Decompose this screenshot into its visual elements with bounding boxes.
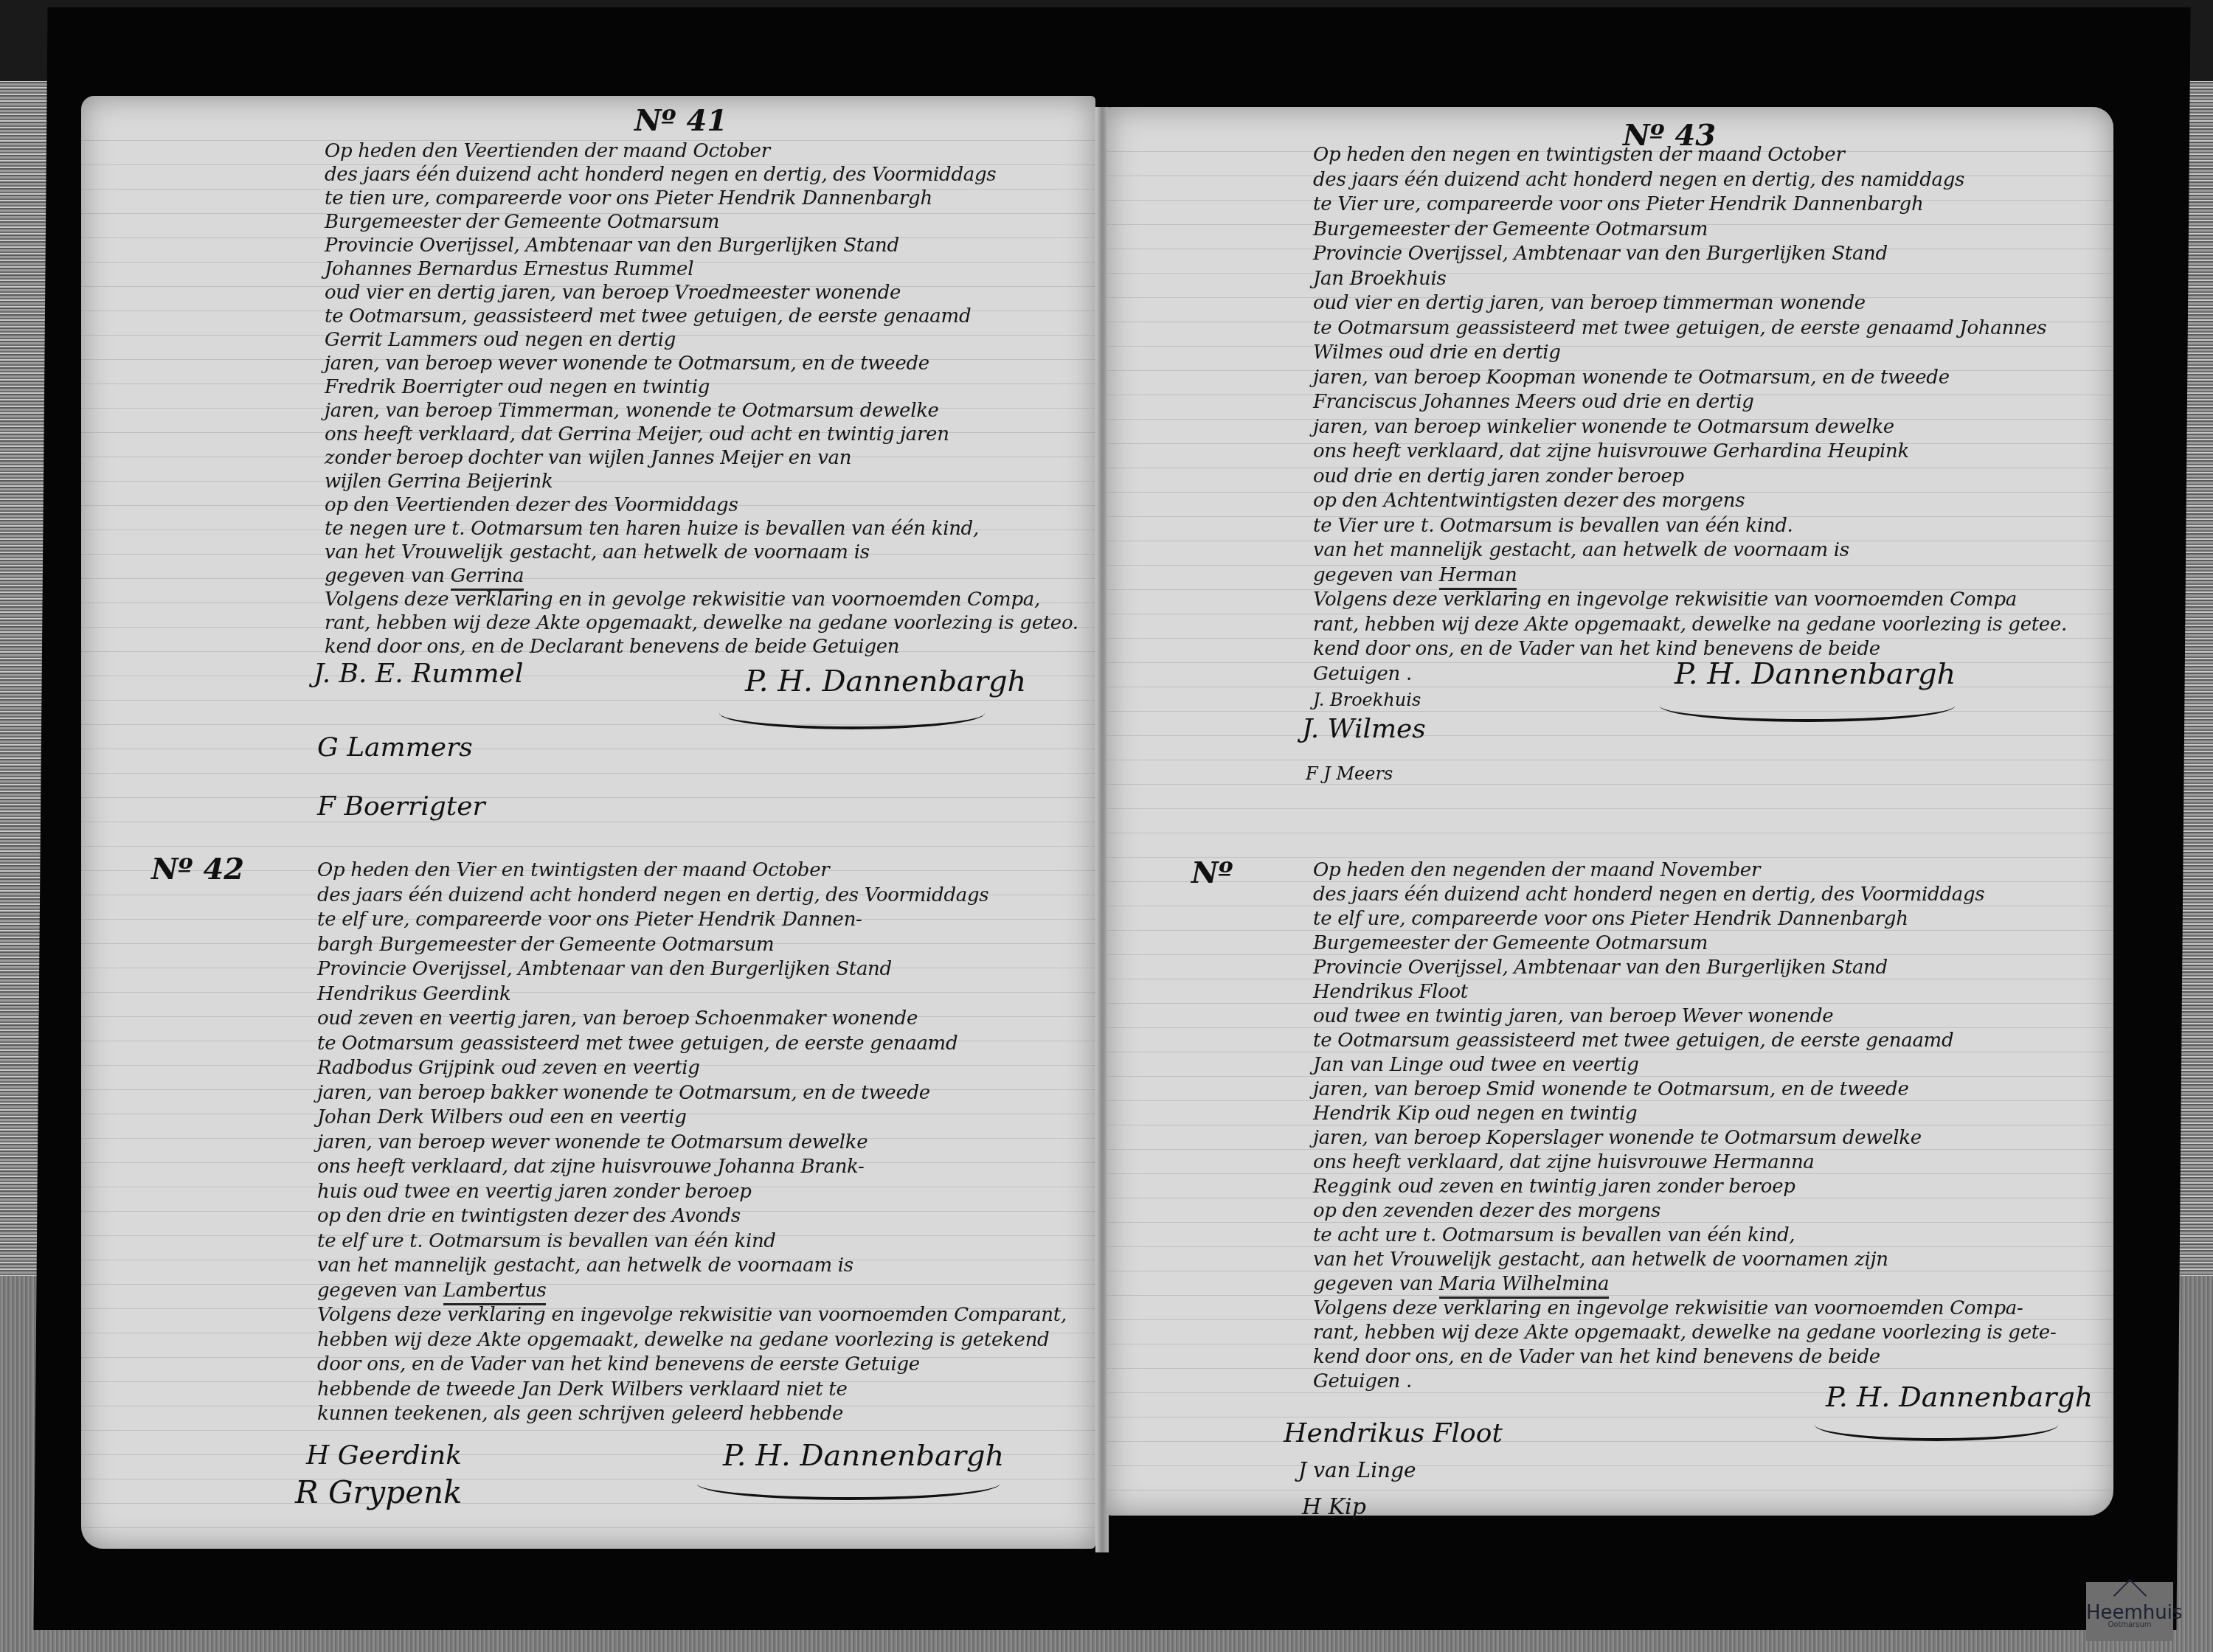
ruling-line	[81, 749, 1095, 749]
register-line: Burgemeester der Gemeente Ootmarsum	[1313, 932, 2056, 957]
register-line: Provincie Overijssel, Ambtenaar van den …	[1313, 957, 2056, 981]
child-name: Gerrina	[451, 565, 524, 591]
register-line: rant, hebben wij deze Akte opgemaakt, de…	[325, 612, 1078, 636]
register-line: Op heden den Vier en twintigsten der maa…	[317, 859, 1067, 884]
register-line: jaren, van beroep wever wonende te Ootma…	[317, 1131, 1067, 1156]
register-line: te Ootmarsum, geassisteerd met twee getu…	[325, 305, 1078, 329]
ruling-line	[1106, 711, 2113, 712]
entry-number: Nº	[1191, 855, 1233, 890]
register-line: ons heeft verklaard, dat zijne huisvrouw…	[1313, 440, 2067, 465]
heemhuis-watermark: Heemhuis Ootmarsum	[2086, 1582, 2173, 1641]
register-line: oud vier en dertig jaren, van beroep tim…	[1313, 292, 2067, 317]
register-line: Op heden den negen en twintigsten der ma…	[1313, 144, 2067, 169]
register-line: oud vier en dertig jaren, van beroep Vro…	[325, 282, 1078, 305]
register-line: van het mannelijk gestacht, aan hetwelk …	[317, 1254, 1067, 1280]
ruling-line	[81, 846, 1095, 847]
official-signature: P. H. Dannenbargh	[723, 1442, 1004, 1470]
entry-41-text: Op heden den Veertienden der maand Octob…	[325, 140, 1078, 659]
witness-signature: G Lammers	[317, 734, 473, 762]
official-signature: P. H. Dannenbargh	[1826, 1383, 2093, 1411]
register-line: te negen ure t. Ootmarsum ten haren huiz…	[325, 518, 1078, 541]
register-line: ons heeft verklaard, dat zijne huisvrouw…	[1313, 1151, 2056, 1176]
register-line: wijlen Gerrina Beijerink	[325, 471, 1078, 494]
register-line: des jaars één duizend acht honderd negen…	[325, 164, 1078, 187]
witness-signature: J. B. E. Rummel	[314, 660, 523, 688]
register-line: zonder beroep dochter van wijlen Jannes …	[325, 447, 1078, 471]
register-line: te tien ure, compareerde voor ons Pieter…	[325, 187, 1078, 211]
register-line: Radbodus Grijpink oud zeven en veertig	[317, 1057, 1067, 1082]
child-name: Maria Wilhelmina	[1439, 1273, 1609, 1299]
ruling-line	[1106, 784, 2113, 785]
register-line: van het Vrouwelijk gestacht, aan hetwelk…	[1313, 1249, 2056, 1273]
register-line: Provincie Overijssel, Ambtenaar van den …	[325, 235, 1078, 258]
register-line: te Vier ure t. Ootmarsum is bevallen van…	[1313, 515, 2067, 540]
witness-signature: J. Broekhuis	[1313, 686, 1421, 714]
register-line: rant, hebben wij deze Akte opgemaakt, de…	[1313, 614, 2067, 639]
witness-signature: H Kip	[1302, 1493, 1366, 1521]
register-line: Wilmes oud drie en dertig	[1313, 341, 2067, 367]
register-line: Burgemeester der Gemeente Ootmarsum	[1313, 218, 2067, 243]
register-line: hebben wij deze Akte opgemaakt, dewelke …	[317, 1329, 1067, 1354]
ruling-line	[81, 773, 1095, 774]
ruling-line	[1106, 1441, 2113, 1442]
register-line: Volgens deze verklaring en in gevolge re…	[325, 589, 1078, 612]
register-line: door ons, en de Vader van het kind benev…	[317, 1353, 1067, 1378]
register-line: op den Achtentwintigsten dezer des morge…	[1313, 490, 2067, 515]
official-signature: P. H. Dannenbargh	[1675, 660, 1956, 688]
register-line: Volgens deze verklaring en ingevolge rek…	[1313, 589, 2067, 614]
witness-signature: R Grypenk	[295, 1479, 463, 1507]
register-line: Fredrik Boerrigter oud negen en twintig	[325, 376, 1078, 400]
register-line: hebbende de tweede Jan Derk Wilbers verk…	[317, 1378, 1067, 1403]
register-line: kend door ons, en de Vader van het kind …	[1313, 1346, 2056, 1370]
register-line: gegeven van Herman	[1313, 564, 2067, 589]
register-line: op den zevenden dezer des morgens	[1313, 1200, 2056, 1224]
child-name: Lambertus	[443, 1280, 547, 1305]
ruling-line	[1106, 735, 2113, 736]
register-line: Reggink oud zeven en twintig jaren zonde…	[1313, 1176, 2056, 1200]
entry-44-text: Op heden den negenden der maand November…	[1313, 859, 2056, 1395]
register-line: oud twee en twintig jaren, van beroep We…	[1313, 1005, 2056, 1030]
register-line: jaren, van beroep Smid wonende te Ootmar…	[1313, 1078, 2056, 1103]
register-line: jaren, van beroep winkelier wonende te O…	[1313, 416, 2067, 441]
register-line: Op heden den negenden der maand November	[1313, 859, 2056, 884]
ruling-line	[1106, 857, 2113, 858]
witness-signature: Hendrikus Floot	[1284, 1420, 1503, 1448]
register-line: te elf ure, compareerde voor ons Pieter …	[1313, 908, 2056, 932]
register-line: rant, hebben wij deze Akte opgemaakt, de…	[1313, 1322, 2056, 1346]
register-line: des jaars één duizend acht honderd negen…	[317, 884, 1067, 909]
register-line: gegeven van Gerrina	[325, 565, 1078, 589]
register-line: Op heden den Veertienden der maand Octob…	[325, 140, 1078, 164]
register-line: Jan van Linge oud twee en veertig	[1313, 1054, 2056, 1078]
ruling-line	[1106, 833, 2113, 833]
register-line: te Vier ure, compareerde voor ons Pieter…	[1313, 193, 2067, 218]
ruling-line	[81, 1430, 1095, 1431]
register-line: des jaars één duizend acht honderd negen…	[1313, 884, 2056, 908]
register-line: te elf ure t. Ootmarsum is bevallen van …	[317, 1230, 1067, 1255]
ruling-line	[81, 822, 1095, 822]
signature-flourish	[719, 697, 985, 729]
register-line: Hendrikus Floot	[1313, 981, 2056, 1005]
register-line: Jan Broekhuis	[1313, 268, 2067, 293]
ruling-line	[1106, 760, 2113, 760]
register-line: des jaars één duizend acht honderd negen…	[1313, 169, 2067, 194]
register-line: Volgens deze verklaring en ingevolge rek…	[1313, 1297, 2056, 1322]
register-line: jaren, van beroep Koperslager wonende te…	[1313, 1127, 2056, 1151]
entry-43-text: Op heden den negen en twintigsten der ma…	[1313, 144, 2067, 687]
register-line: ons heeft verklaard, dat Gerrina Meijer,…	[325, 423, 1078, 447]
signature-flourish	[697, 1468, 1000, 1500]
register-line: kend door ons, en de Declarant benevens …	[325, 636, 1078, 659]
register-line: jaren, van beroep wever wonende te Ootma…	[325, 353, 1078, 376]
register-line: Johan Derk Wilbers oud een en veertig	[317, 1106, 1067, 1131]
signature-flourish	[1660, 690, 1955, 722]
official-signature: P. H. Dannenbargh	[745, 667, 1026, 695]
child-name: Herman	[1439, 564, 1517, 590]
witness-signature: J. Wilmes	[1302, 715, 1426, 743]
register-line: op den drie en twintigsten dezer des Avo…	[317, 1205, 1067, 1230]
register-line: te acht ure t. Ootmarsum is bevallen van…	[1313, 1224, 2056, 1249]
entry-42-text: Op heden den Vier en twintigsten der maa…	[317, 859, 1067, 1428]
register-line: huis oud twee en veertig jaren zonder be…	[317, 1181, 1067, 1206]
register-line: van het Vrouwelijk gestacht, aan hetwelk…	[325, 541, 1078, 565]
register-line: ons heeft verklaard, dat zijne huisvrouw…	[317, 1156, 1067, 1181]
register-line: gegeven van Lambertus	[317, 1280, 1067, 1305]
register-line: bargh Burgemeester der Gemeente Ootmarsu…	[317, 934, 1067, 959]
signature-flourish	[1815, 1409, 2058, 1441]
register-line: Burgemeester der Gemeente Ootmarsum	[325, 211, 1078, 235]
register-line: jaren, van beroep Timmerman, wonende te …	[325, 400, 1078, 423]
register-line: te Ootmarsum geassisteerd met twee getui…	[1313, 317, 2067, 342]
register-line: Gerrit Lammers oud negen en dertig	[325, 329, 1078, 353]
ruling-line	[81, 1527, 1095, 1528]
register-line: te Ootmarsum geassisteerd met twee getui…	[1313, 1030, 2056, 1054]
register-line: Provincie Overijssel, Ambtenaar van den …	[1313, 243, 2067, 268]
register-line: Volgens deze verklaring en ingevolge rek…	[317, 1304, 1067, 1329]
witness-signature: F Boerrigter	[317, 793, 485, 821]
register-line: Hendrikus Geerdink	[317, 983, 1067, 1008]
ruling-line	[81, 797, 1095, 798]
register-line: kunnen teekenen, als geen schrijven gele…	[317, 1403, 1067, 1428]
register-line: jaren, van beroep Koopman wonende te Oot…	[1313, 367, 2067, 392]
register-line: Hendrik Kip oud negen en twintig	[1313, 1103, 2056, 1127]
witness-signature: J van Linge	[1298, 1457, 1416, 1485]
ruling-line	[81, 1503, 1095, 1504]
register-line: oud zeven en veertig jaren, van beroep S…	[317, 1007, 1067, 1032]
witness-signature: F J Meers	[1306, 760, 1393, 788]
ruling-line	[1106, 1465, 2113, 1466]
register-line: gegeven van Maria Wilhelmina	[1313, 1273, 2056, 1297]
witness-signature: H Geerdink	[306, 1442, 462, 1470]
register-line: op den Veertienden dezer des Voormiddags	[325, 494, 1078, 518]
register-line: oud drie en dertig jaren zonder beroep	[1313, 465, 2067, 490]
register-line: jaren, van beroep bakker wonende te Ootm…	[317, 1082, 1067, 1107]
entry-number: Nº 42	[151, 852, 244, 886]
register-line: Johannes Bernardus Ernestus Rummel	[325, 258, 1078, 282]
ruling-line	[1106, 1490, 2113, 1490]
register-line: van het mannelijk gestacht, aan hetwelk …	[1313, 539, 2067, 564]
register-line: Provincie Overijssel, Ambtenaar van den …	[317, 958, 1067, 983]
ruling-line	[1106, 808, 2113, 809]
register-line: te elf ure, compareerde voor ons Pieter …	[317, 909, 1067, 934]
register-line: te Ootmarsum geassisteerd met twee getui…	[317, 1032, 1067, 1058]
entry-number: Nº 41	[634, 103, 727, 138]
register-line: Franciscus Johannes Meers oud drie en de…	[1313, 391, 2067, 416]
